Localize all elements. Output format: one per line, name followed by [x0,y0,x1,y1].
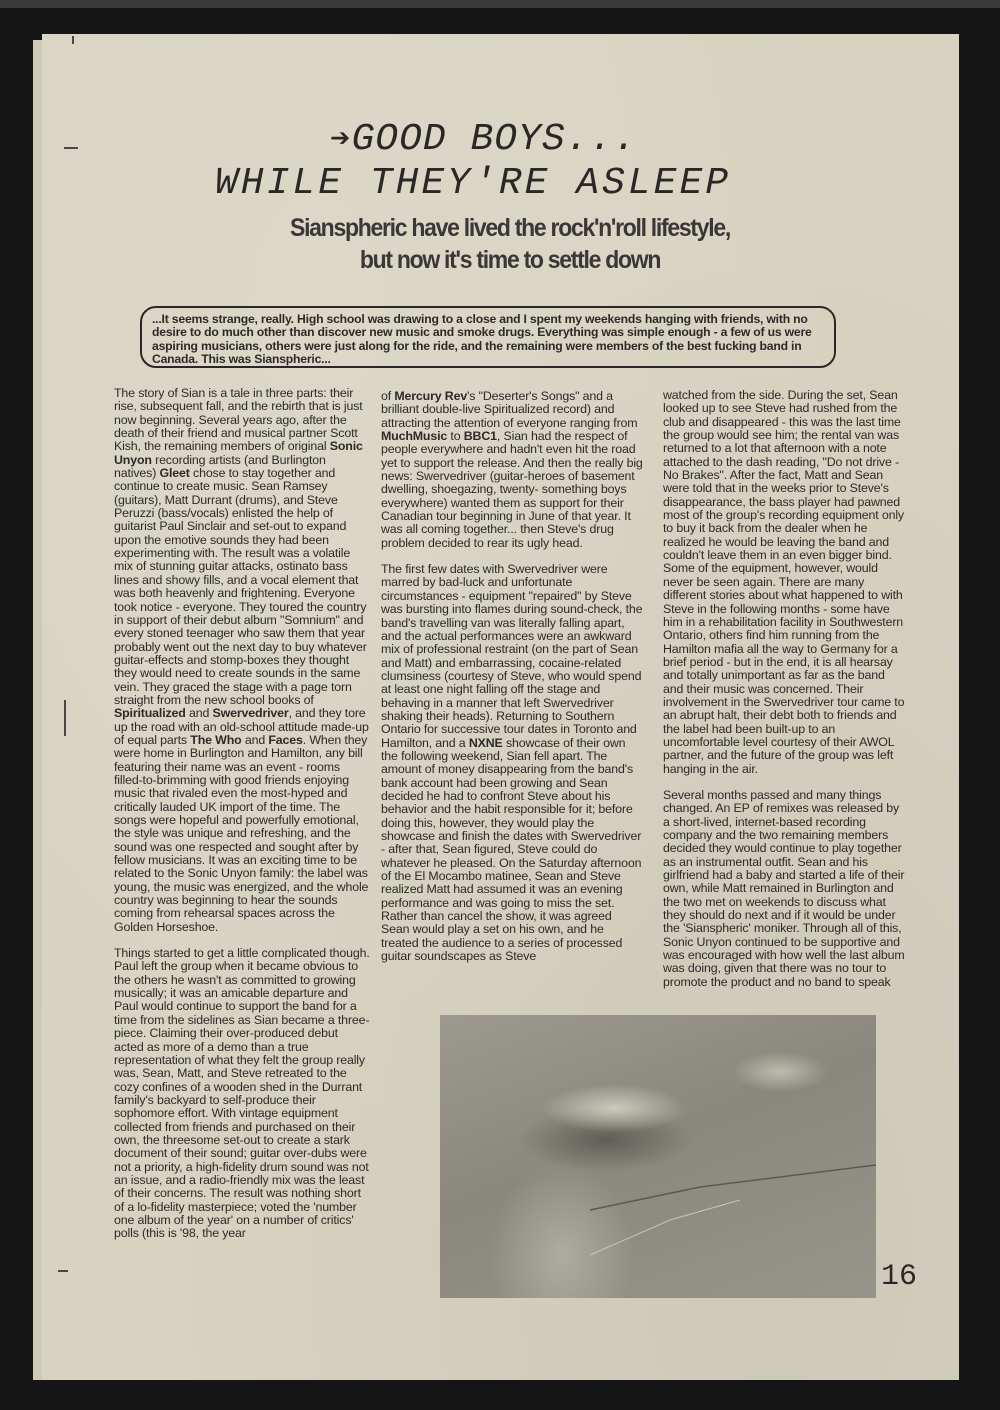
paragraph: The first few dates with Swervedriver we… [381,563,643,963]
margin-mark [64,700,66,736]
band-name: Mercury Rev [394,389,467,403]
band-name: Spiritualized [114,706,186,720]
paragraph: of Mercury Rev's "Deserter's Songs" and … [381,390,643,550]
photo-crease [440,1015,876,1298]
band-photo [440,1015,876,1298]
paragraph: Things started to get a little complicat… [114,947,370,1241]
band-name: Faces [268,733,302,747]
headline-line-1: ➔GOOD BOYS... [330,118,730,161]
festival-name: NXNE [469,736,503,750]
margin-mark [58,1270,68,1272]
subheadline-line-1: Sianspheric have lived the rock'n'roll l… [225,212,795,244]
margin-mark [72,36,74,44]
band-name: Gleet [159,466,189,480]
intro-pullquote: ...It seems strange, really. High school… [140,306,836,368]
page-number: 16 [881,1260,917,1294]
headline-line-2: WHILE THEY'RE ASLEEP [215,162,815,205]
paragraph: The story of Sian is a tale in three par… [114,387,370,934]
paragraph: Several months passed and many things ch… [663,789,906,989]
subheadline-line-2: but now it's time to settle down [225,244,795,276]
article-column-right: watched from the side. During the set, S… [663,389,906,1002]
article-column-middle: of Mercury Rev's "Deserter's Songs" and … [381,390,643,976]
margin-mark [64,147,78,149]
band-name: Swervedriver [213,706,289,720]
paragraph: watched from the side. During the set, S… [663,389,906,776]
scanner-edge [0,0,1000,8]
band-name: The Who [190,733,241,747]
network-name: BBC1 [464,429,497,443]
headline-text-1: GOOD BOYS... [351,118,637,161]
network-name: MuchMusic [381,429,447,443]
subheadline: Sianspheric have lived the rock'n'roll l… [225,212,795,276]
arrow-icon: ➔ [330,122,351,160]
article-column-left: The story of Sian is a tale in three par… [114,387,370,1254]
